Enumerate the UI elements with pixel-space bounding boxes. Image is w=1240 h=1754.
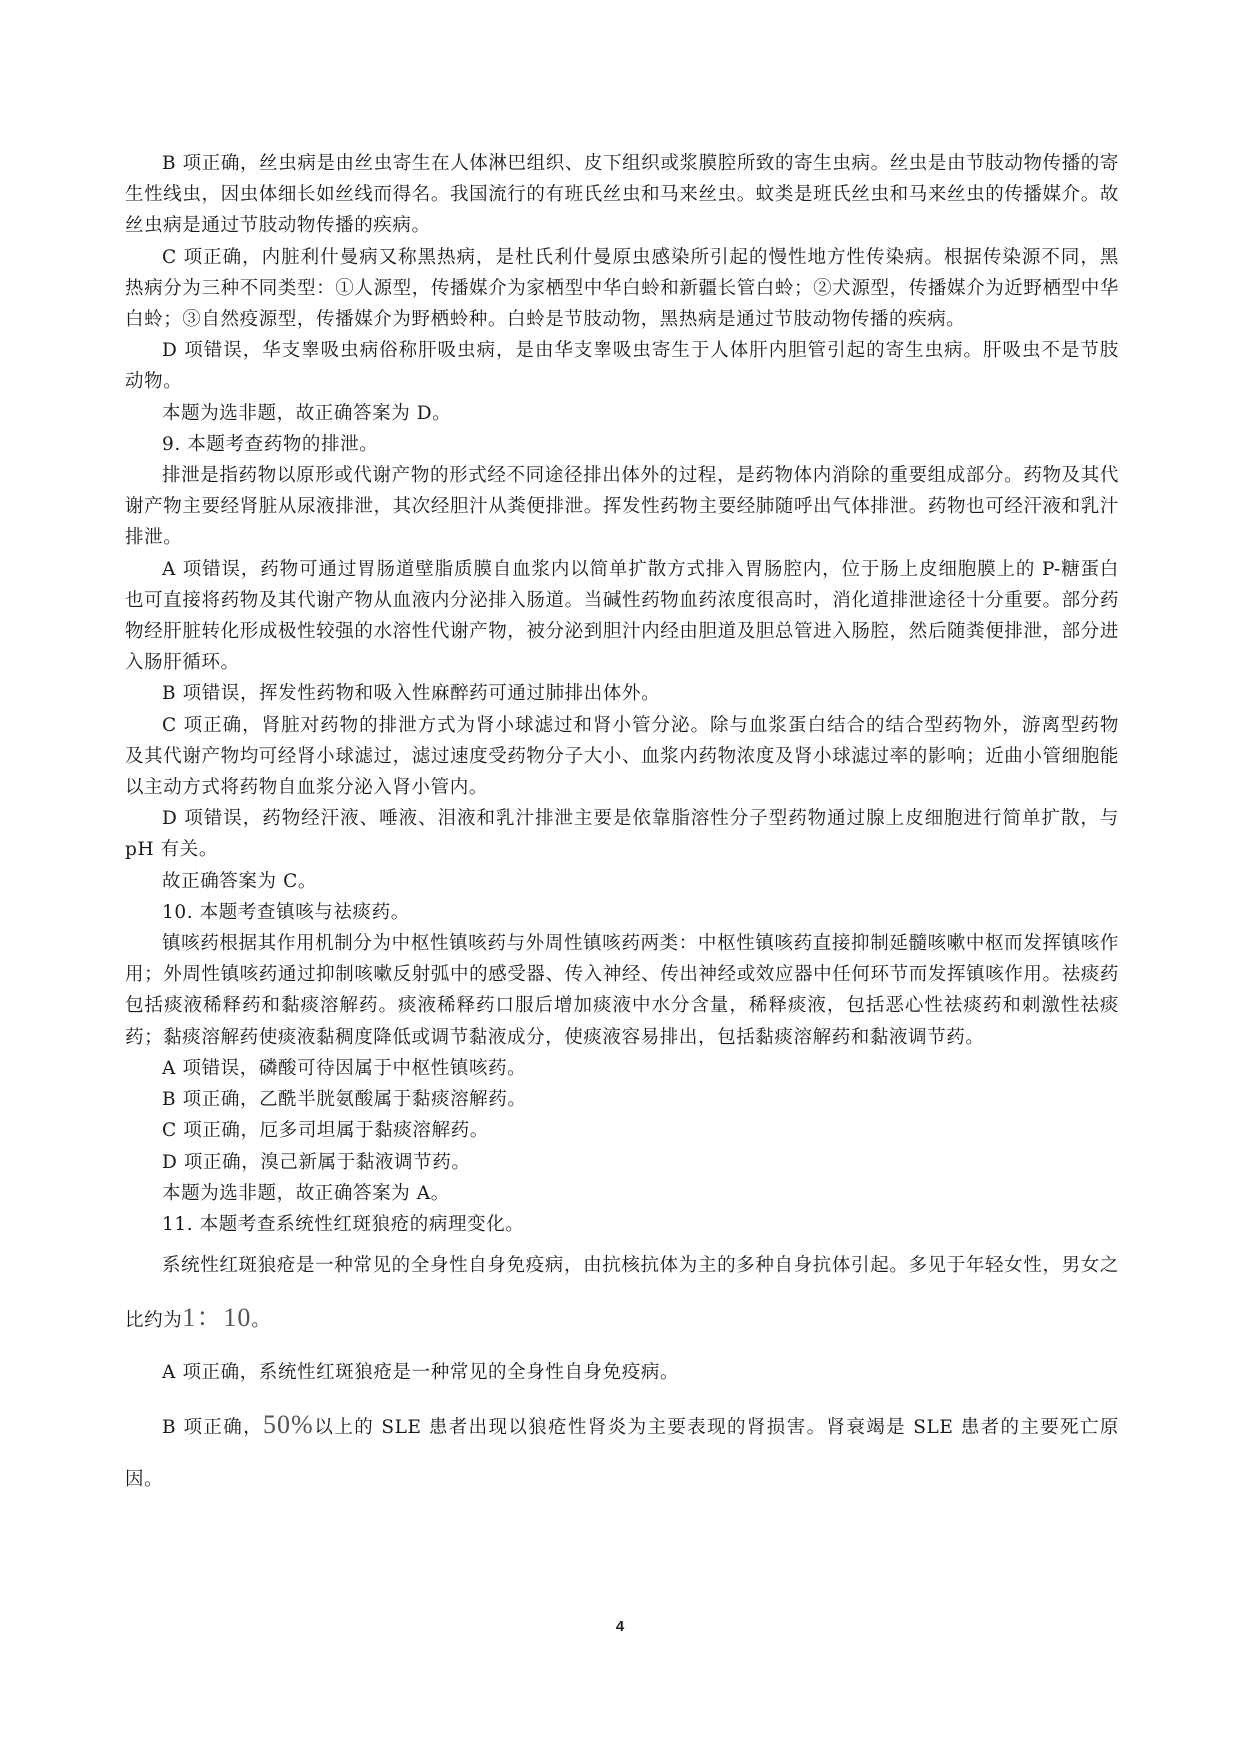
heading-question-9: 9. 本题考查药物的排泄。 <box>125 429 1119 460</box>
paragraph-answer-8: 本题为选非题，故正确答案为 D。 <box>125 398 1119 429</box>
paragraph-q9-option-c: C 项正确，肾脏对药物的排泄方式为肾小球滤过和肾小管分泌。除与血浆蛋白结合的结合… <box>125 710 1119 804</box>
page-number: 4 <box>0 1618 1240 1635</box>
percent-value: 50% <box>263 1410 314 1439</box>
paragraph-antitussive-intro: 镇咳药根据其作用机制分为中枢性镇咳药与外周性镇咳药两类：中枢性镇咳药直接抑制延髓… <box>125 928 1119 1053</box>
paragraph-q10-option-c: C 项正确，厄多司坦属于黏痰溶解药。 <box>125 1115 1119 1146</box>
paragraph-option-d-clonorchiasis: D 项错误，华支睾吸虫病俗称肝吸虫病，是由华支睾吸虫寄生于人体肝内胆管引起的寄生… <box>125 335 1119 397</box>
paragraph-answer-10: 本题为选非题，故正确答案为 A。 <box>125 1178 1119 1209</box>
paragraph-option-b-filariasis: B 项正确，丝虫病是由丝虫寄生在人体淋巴组织、皮下组织或浆膜腔所致的寄生虫病。丝… <box>125 148 1119 242</box>
paragraph-excretion-intro: 排泄是指药物以原形或代谢产物的形式经不同途径排出体外的过程，是药物体内消除的重要… <box>125 460 1119 554</box>
q11-option-b-prefix: B 项正确， <box>162 1417 263 1438</box>
heading-question-10: 10. 本题考查镇咳与祛痰药。 <box>125 897 1119 928</box>
heading-question-11: 11. 本题考查系统性红斑狼疮的病理变化。 <box>125 1209 1119 1240</box>
sex-ratio-value: 1：10 <box>182 1303 251 1332</box>
paragraph-q9-option-a: A 项错误，药物可通过胃肠道壁脂质膜自血浆内以简单扩散方式排入胃肠腔内，位于肠上… <box>125 554 1119 679</box>
paragraph-sle-intro: 系统性红斑狼疮是一种常见的全身性自身免疫病，由抗核抗体为主的多种自身抗体引起。多… <box>125 1240 1119 1347</box>
sle-intro-end: 。 <box>251 1310 270 1331</box>
paragraph-answer-9: 故正确答案为 C。 <box>125 866 1119 897</box>
paragraph-q11-option-a: A 项正确，系统性红斑狼疮是一种常见的全身性自身免疫病。 <box>125 1347 1119 1399</box>
paragraph-q10-option-d: D 项正确，溴己新属于黏液调节药。 <box>125 1147 1119 1178</box>
paragraph-q9-option-b: B 项错误，挥发性药物和吸入性麻醉药可通过肺排出体外。 <box>125 678 1119 709</box>
sle-intro-text: 系统性红斑狼疮是一种常见的全身性自身免疫病，由抗核抗体为主的多种自身抗体引起。多… <box>125 1255 1119 1331</box>
paragraph-q11-option-b: B 项正确，50%以上的 SLE 患者出现以狼疮性肾炎为主要表现的肾损害。肾衰竭… <box>125 1399 1119 1506</box>
paragraph-option-c-kala-azar: C 项正确，内脏利什曼病又称黑热病，是杜氏利什曼原虫感染所引起的慢性地方性传染病… <box>125 242 1119 336</box>
paragraph-q9-option-d: D 项错误，药物经汗液、唾液、泪液和乳汁排泄主要是依靠脂溶性分子型药物通过腺上皮… <box>125 803 1119 865</box>
paragraph-q10-option-a: A 项错误，磷酸可待因属于中枢性镇咳药。 <box>125 1053 1119 1084</box>
paragraph-q10-option-b: B 项正确，乙酰半胱氨酸属于黏痰溶解药。 <box>125 1084 1119 1115</box>
document-body: B 项正确，丝虫病是由丝虫寄生在人体淋巴组织、皮下组织或浆膜腔所致的寄生虫病。丝… <box>125 148 1119 1506</box>
